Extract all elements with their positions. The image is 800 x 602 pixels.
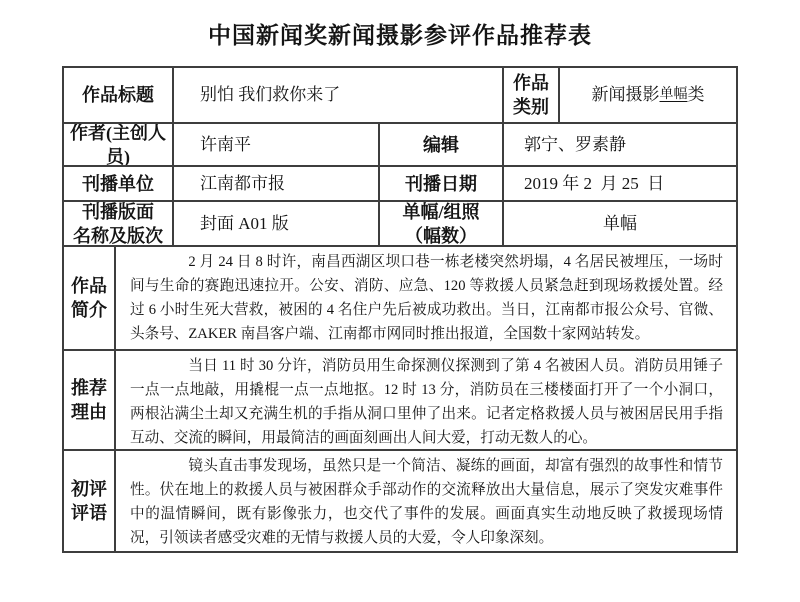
field-value-publish-unit: 江南都市报 (174, 167, 380, 200)
field-value-author: 许南平 (174, 124, 380, 165)
field-text-recommendation: 当日 11 时 30 分许，消防员用生命探测仪探测到了第 4 名被困人员。消防员… (116, 351, 736, 449)
field-label-summary: 作品 简介 (64, 247, 116, 349)
field-label-work-title: 作品标题 (64, 68, 174, 122)
table-row-page: 刊播版面 名称及版次 封面 A01 版 单幅/组照 （幅数） 单幅 (64, 202, 736, 247)
category-underlined: 单幅 (660, 84, 688, 106)
field-text-review: 镜头直击事发现场，虽然只是一个简洁、凝练的画面，却富有强烈的故事性和情节性。伏在… (116, 451, 736, 551)
table-row-publish: 刊播单位 江南都市报 刊播日期 2019 年 2 月 25 日 (64, 167, 736, 202)
field-label-editor: 编辑 (380, 124, 504, 165)
field-value-work-title: 别怕 我们救你来了 (174, 68, 504, 122)
table-row-recommendation: 推荐 理由 当日 11 时 30 分许，消防员用生命探测仪探测到了第 4 名被困… (64, 351, 736, 451)
field-label-publish-date: 刊播日期 (380, 167, 504, 200)
field-label-recommendation: 推荐 理由 (64, 351, 116, 449)
field-label-review: 初评 评语 (64, 451, 116, 551)
field-value-category: 新闻摄影单幅类 (560, 68, 736, 122)
category-prefix: 新闻摄影 (592, 84, 660, 106)
table-row-review: 初评 评语 镜头直击事发现场，虽然只是一个简洁、凝练的画面，却富有强烈的故事性和… (64, 451, 736, 551)
category-suffix: 类 (688, 84, 705, 106)
field-value-single-group: 单幅 (504, 202, 736, 245)
field-text-summary: 2 月 24 日 8 时许，南昌西湖区坝口巷一栋老楼突然坍塌，4 名居民被埋压，… (116, 247, 736, 349)
table-row-summary: 作品 简介 2 月 24 日 8 时许，南昌西湖区坝口巷一栋老楼突然坍塌，4 名… (64, 247, 736, 351)
field-label-page-name: 刊播版面 名称及版次 (64, 202, 174, 245)
field-label-author: 作者(主创人 员) (64, 124, 174, 165)
table-row-work-title: 作品标题 别怕 我们救你来了 作品 类别 新闻摄影单幅类 (64, 68, 736, 124)
field-value-editor: 郭宁、罗素静 (504, 124, 736, 165)
table-row-author: 作者(主创人 员) 许南平 编辑 郭宁、罗素静 (64, 124, 736, 167)
field-label-publish-unit: 刊播单位 (64, 167, 174, 200)
field-value-publish-date: 2019 年 2 月 25 日 (504, 167, 736, 200)
page-title: 中国新闻奖新闻摄影参评作品推荐表 (0, 22, 800, 49)
recommendation-table: 作品标题 别怕 我们救你来了 作品 类别 新闻摄影单幅类 作者(主创人 员) 许… (62, 66, 738, 553)
field-value-page-name: 封面 A01 版 (174, 202, 380, 245)
field-label-category: 作品 类别 (504, 68, 560, 122)
field-label-single-group: 单幅/组照 （幅数） (380, 202, 504, 245)
